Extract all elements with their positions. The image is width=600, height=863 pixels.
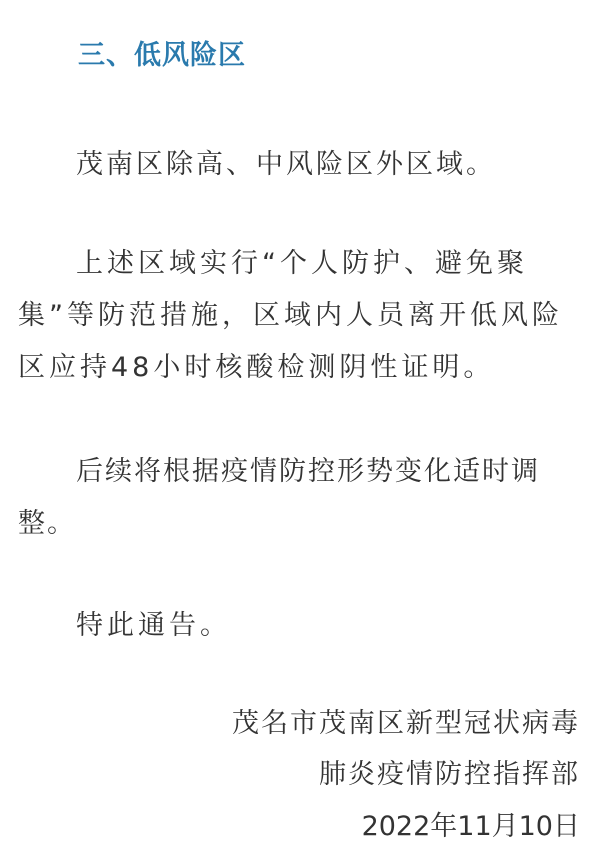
signature-org-line2: 肺炎疫情防控指挥部	[319, 757, 580, 793]
signature-org-line1: 茂名市茂南区新型冠状病毒	[232, 706, 580, 742]
paragraph-closing: 特此通告。	[18, 600, 582, 652]
section-heading: 三、低风险区	[78, 38, 246, 74]
signature-date: 2022年11月10日	[362, 809, 580, 845]
paragraph-adjustment: 后续将根据疫情防控形势变化适时调整。	[18, 446, 582, 550]
paragraph-scope: 茂南区除高、中风险区外区域。	[18, 139, 582, 191]
paragraph-measures: 上述区域实行“个人防护、避免聚集”等防范措施，区域内人员离开低风险区应持48小时…	[18, 238, 582, 394]
